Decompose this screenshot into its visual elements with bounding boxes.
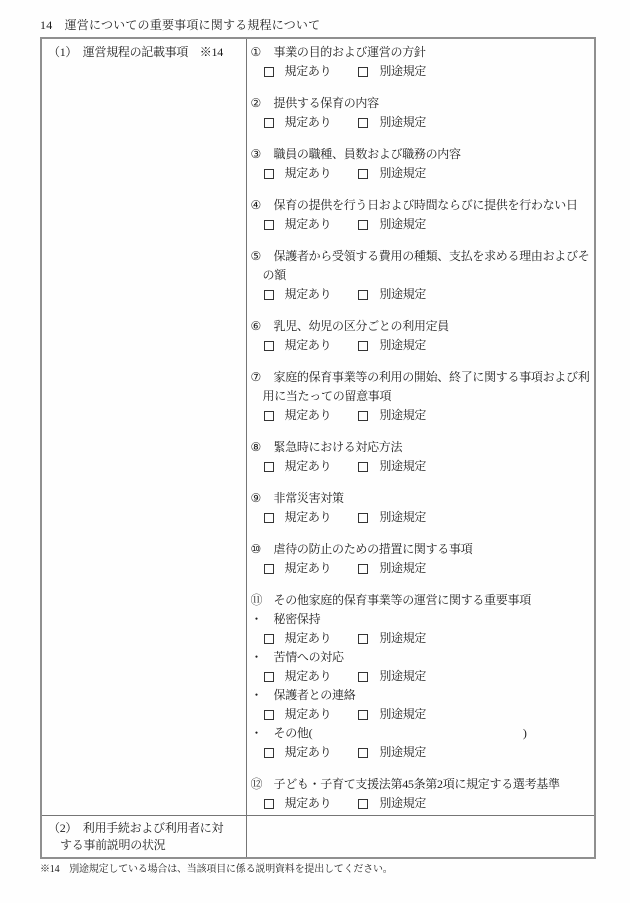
row-items-cell: ①事業の目的および運営の方針規定あり別途規定②提供する保育の内容規定あり別途規定… bbox=[246, 38, 595, 816]
checkbox-label-kitei-ari: 規定あり bbox=[285, 336, 332, 355]
item-label-continuation: の額 bbox=[251, 266, 593, 285]
item-label-line: ②提供する保育の内容 bbox=[251, 94, 593, 113]
checkbox-kitei-ari[interactable] bbox=[264, 290, 274, 300]
item-label: 職員の職種、員数および職務の内容 bbox=[274, 147, 461, 161]
checkbox-label-betto-kitei: 別途規定 bbox=[379, 559, 426, 578]
checkbox-row: 規定あり別途規定 bbox=[251, 559, 593, 578]
checkbox-betto-kitei[interactable] bbox=[358, 634, 368, 644]
checkbox-kitei-ari[interactable] bbox=[264, 169, 274, 179]
item-label: 苦情への対応 bbox=[274, 650, 344, 664]
checkbox-row: 規定あり別途規定 bbox=[251, 457, 593, 476]
checklist-item: ④保育の提供を行う日および時間ならびに提供を行わない日規定あり別途規定 bbox=[251, 196, 593, 234]
checklist-item: ⑨非常災害対策規定あり別途規定 bbox=[251, 489, 593, 527]
checkbox-kitei-ari[interactable] bbox=[264, 710, 274, 720]
checkbox-row: 規定あり別途規定 bbox=[251, 113, 593, 132]
checklist-item: ⑩虐待の防止のための措置に関する事項規定あり別途規定 bbox=[251, 540, 593, 578]
item-label: 家庭的保育事業等の利用の開始、終了に関する事項および利 bbox=[274, 370, 590, 384]
checkbox-label-betto-kitei: 別途規定 bbox=[379, 285, 426, 304]
checkbox-kitei-ari[interactable] bbox=[264, 513, 274, 523]
item-label-line: ⑧緊急時における対応方法 bbox=[251, 438, 593, 457]
bullet-icon: ・ bbox=[251, 724, 274, 743]
checkbox-label-kitei-ari: 規定あり bbox=[285, 508, 332, 527]
item-label-line: ④保育の提供を行う日および時間ならびに提供を行わない日 bbox=[251, 196, 593, 215]
checkbox-row: 規定あり別途規定 bbox=[251, 794, 593, 813]
checkbox-betto-kitei[interactable] bbox=[358, 462, 368, 472]
sub-item: ・秘密保持規定あり別途規定 bbox=[251, 610, 593, 648]
checkbox-label-kitei-ari: 規定あり bbox=[285, 285, 332, 304]
circled-number-icon: ⑥ bbox=[251, 317, 274, 336]
item-label-continuation: 用に当たっての留意事項 bbox=[251, 387, 593, 406]
item-label-line: ・苦情への対応 bbox=[251, 648, 593, 667]
item-label: 秘密保持 bbox=[274, 612, 321, 626]
checklist-item: ①事業の目的および運営の方針規定あり別途規定 bbox=[251, 43, 593, 81]
checkbox-betto-kitei[interactable] bbox=[358, 290, 368, 300]
circled-number-icon: ⑦ bbox=[251, 368, 274, 387]
item-label-line: ⑨非常災害対策 bbox=[251, 489, 593, 508]
checkbox-betto-kitei[interactable] bbox=[358, 672, 368, 682]
item-label: 保護者から受領する費用の種類、支払を求める理由およびそ bbox=[274, 249, 590, 263]
circled-number-icon: ⑨ bbox=[251, 489, 274, 508]
circled-number-icon: ⑩ bbox=[251, 540, 274, 559]
regulations-table: （1） 運営規程の記載事項 ※14①事業の目的および運営の方針規定あり別途規定②… bbox=[40, 37, 596, 859]
item-label: 虐待の防止のための措置に関する事項 bbox=[274, 542, 473, 556]
checkbox-label-kitei-ari: 規定あり bbox=[285, 457, 332, 476]
item-label-line: ①事業の目的および運営の方針 bbox=[251, 43, 593, 62]
item-label-line: ⑥乳児、幼児の区分ごとの利用定員 bbox=[251, 317, 593, 336]
checklist-item: ⑫子ども・子育て支援法第45条第2項に規定する選考基準規定あり別途規定 bbox=[251, 775, 593, 813]
item-label: 提供する保育の内容 bbox=[274, 96, 379, 110]
sub-item: ・その他( )規定あり別途規定 bbox=[251, 724, 593, 762]
checkbox-label-kitei-ari: 規定あり bbox=[285, 743, 332, 762]
checkbox-kitei-ari[interactable] bbox=[264, 118, 274, 128]
row-items-cell bbox=[246, 816, 595, 859]
checkbox-label-betto-kitei: 別途規定 bbox=[379, 164, 426, 183]
circled-number-icon: ⑪ bbox=[251, 591, 274, 610]
item-label-line: ・秘密保持 bbox=[251, 610, 593, 629]
sub-item: ・苦情への対応規定あり別途規定 bbox=[251, 648, 593, 686]
checkbox-row: 規定あり別途規定 bbox=[251, 62, 593, 81]
item-label-line: ⑫子ども・子育て支援法第45条第2項に規定する選考基準 bbox=[251, 775, 593, 794]
checkbox-row: 規定あり別途規定 bbox=[251, 629, 593, 648]
circled-number-icon: ⑤ bbox=[251, 247, 274, 266]
checkbox-label-betto-kitei: 別途規定 bbox=[379, 336, 426, 355]
bullet-icon: ・ bbox=[251, 610, 274, 629]
checkbox-betto-kitei[interactable] bbox=[358, 220, 368, 230]
checkbox-row: 規定あり別途規定 bbox=[251, 743, 593, 762]
checkbox-label-kitei-ari: 規定あり bbox=[285, 629, 332, 648]
item-label: 事業の目的および運営の方針 bbox=[274, 45, 426, 59]
item-label-line: ⑪その他家庭的保育事業等の運営に関する重要事項 bbox=[251, 591, 593, 610]
checklist-item: ⑥乳児、幼児の区分ごとの利用定員規定あり別途規定 bbox=[251, 317, 593, 355]
item-label: その他( ) bbox=[274, 726, 527, 740]
checklist-item: ⑪その他家庭的保育事業等の運営に関する重要事項・秘密保持規定あり別途規定・苦情へ… bbox=[251, 591, 593, 762]
checkbox-label-betto-kitei: 別途規定 bbox=[379, 62, 426, 81]
checkbox-kitei-ari[interactable] bbox=[264, 634, 274, 644]
row-label-cell: （1） 運営規程の記載事項 ※14 bbox=[41, 38, 246, 816]
checkbox-betto-kitei[interactable] bbox=[358, 411, 368, 421]
checkbox-row: 規定あり別途規定 bbox=[251, 336, 593, 355]
checkbox-label-betto-kitei: 別途規定 bbox=[379, 667, 426, 686]
item-label-line: ⑤保護者から受領する費用の種類、支払を求める理由およびそ bbox=[251, 247, 593, 266]
checkbox-row: 規定あり別途規定 bbox=[251, 406, 593, 425]
checkbox-row: 規定あり別途規定 bbox=[251, 164, 593, 183]
checkbox-row: 規定あり別途規定 bbox=[251, 705, 593, 724]
checkbox-kitei-ari[interactable] bbox=[264, 672, 274, 682]
document-page: 14 運営についての重要事項に関する規程について （1） 運営規程の記載事項 ※… bbox=[0, 0, 630, 903]
checkbox-label-betto-kitei: 別途規定 bbox=[379, 794, 426, 813]
checklist-item: ③職員の職種、員数および職務の内容規定あり別途規定 bbox=[251, 145, 593, 183]
item-label: 保護者との連絡 bbox=[274, 688, 356, 702]
item-label: 乳児、幼児の区分ごとの利用定員 bbox=[274, 319, 450, 333]
checkbox-label-betto-kitei: 別途規定 bbox=[379, 629, 426, 648]
bullet-icon: ・ bbox=[251, 686, 274, 705]
checkbox-kitei-ari[interactable] bbox=[264, 411, 274, 421]
checkbox-label-kitei-ari: 規定あり bbox=[285, 164, 332, 183]
checklist-item: ⑦家庭的保育事業等の利用の開始、終了に関する事項および利用に当たっての留意事項規… bbox=[251, 368, 593, 425]
checkbox-row: 規定あり別途規定 bbox=[251, 508, 593, 527]
sub-item: ・保護者との連絡規定あり別途規定 bbox=[251, 686, 593, 724]
page-title: 14 運営についての重要事項に関する規程について bbox=[40, 17, 594, 33]
item-label-line: ③職員の職種、員数および職務の内容 bbox=[251, 145, 593, 164]
checkbox-betto-kitei[interactable] bbox=[358, 169, 368, 179]
row-label: （1） 運営規程の記載事項 ※14 bbox=[48, 43, 242, 62]
table-row: （2） 利用手続および利用者に対する事前説明の状況 bbox=[41, 816, 595, 859]
item-label-line: ⑩虐待の防止のための措置に関する事項 bbox=[251, 540, 593, 559]
footnote: ※14 別途規定している場合は、当該項目に係る説明資料を提出してください。 bbox=[40, 863, 594, 876]
checkbox-kitei-ari[interactable] bbox=[264, 67, 274, 77]
checkbox-label-kitei-ari: 規定あり bbox=[285, 559, 332, 578]
checkbox-betto-kitei[interactable] bbox=[358, 748, 368, 758]
checkbox-betto-kitei[interactable] bbox=[358, 710, 368, 720]
checkbox-label-kitei-ari: 規定あり bbox=[285, 62, 332, 81]
checkbox-betto-kitei[interactable] bbox=[358, 67, 368, 77]
checkbox-kitei-ari[interactable] bbox=[264, 799, 274, 809]
row-label: する事前説明の状況 bbox=[48, 837, 242, 854]
checkbox-row: 規定あり別途規定 bbox=[251, 667, 593, 686]
item-label: 子ども・子育て支援法第45条第2項に規定する選考基準 bbox=[274, 777, 560, 791]
checkbox-label-betto-kitei: 別途規定 bbox=[379, 508, 426, 527]
circled-number-icon: ④ bbox=[251, 196, 274, 215]
checkbox-row: 規定あり別途規定 bbox=[251, 285, 593, 304]
checkbox-label-kitei-ari: 規定あり bbox=[285, 705, 332, 724]
item-label-line: ・保護者との連絡 bbox=[251, 686, 593, 705]
checkbox-betto-kitei[interactable] bbox=[358, 118, 368, 128]
checkbox-betto-kitei[interactable] bbox=[358, 799, 368, 809]
checkbox-label-kitei-ari: 規定あり bbox=[285, 794, 332, 813]
item-label: その他家庭的保育事業等の運営に関する重要事項 bbox=[274, 593, 531, 607]
item-label: 保育の提供を行う日および時間ならびに提供を行わない日 bbox=[274, 198, 578, 212]
checkbox-label-betto-kitei: 別途規定 bbox=[379, 705, 426, 724]
checklist-item: ⑤保護者から受領する費用の種類、支払を求める理由およびその額規定あり別途規定 bbox=[251, 247, 593, 304]
circled-number-icon: ⑫ bbox=[251, 775, 274, 794]
item-label-line: ⑦家庭的保育事業等の利用の開始、終了に関する事項および利 bbox=[251, 368, 593, 387]
circled-number-icon: ② bbox=[251, 94, 274, 113]
circled-number-icon: ③ bbox=[251, 145, 274, 164]
checkbox-label-kitei-ari: 規定あり bbox=[285, 667, 332, 686]
checkbox-label-betto-kitei: 別途規定 bbox=[379, 215, 426, 234]
checkbox-kitei-ari[interactable] bbox=[264, 341, 274, 351]
checkbox-label-kitei-ari: 規定あり bbox=[285, 113, 332, 132]
checkbox-label-betto-kitei: 別途規定 bbox=[379, 113, 426, 132]
checkbox-label-kitei-ari: 規定あり bbox=[285, 215, 332, 234]
checklist-item: ②提供する保育の内容規定あり別途規定 bbox=[251, 94, 593, 132]
checklist-item: ⑧緊急時における対応方法規定あり別途規定 bbox=[251, 438, 593, 476]
bullet-icon: ・ bbox=[251, 648, 274, 667]
checkbox-label-kitei-ari: 規定あり bbox=[285, 406, 332, 425]
checkbox-kitei-ari[interactable] bbox=[264, 462, 274, 472]
circled-number-icon: ⑧ bbox=[251, 438, 274, 457]
table-row: （1） 運営規程の記載事項 ※14①事業の目的および運営の方針規定あり別途規定②… bbox=[41, 38, 595, 816]
checkbox-kitei-ari[interactable] bbox=[264, 748, 274, 758]
checkbox-kitei-ari[interactable] bbox=[264, 220, 274, 230]
checkbox-betto-kitei[interactable] bbox=[358, 513, 368, 523]
circled-number-icon: ① bbox=[251, 43, 274, 62]
checkbox-row: 規定あり別途規定 bbox=[251, 215, 593, 234]
checkbox-betto-kitei[interactable] bbox=[358, 564, 368, 574]
row-label-cell: （2） 利用手続および利用者に対する事前説明の状況 bbox=[41, 816, 246, 859]
checkbox-betto-kitei[interactable] bbox=[358, 341, 368, 351]
checkbox-label-betto-kitei: 別途規定 bbox=[379, 457, 426, 476]
row-label: （2） 利用手続および利用者に対 bbox=[48, 820, 242, 837]
checkbox-label-betto-kitei: 別途規定 bbox=[379, 743, 426, 762]
item-label: 非常災害対策 bbox=[274, 491, 344, 505]
item-label: 緊急時における対応方法 bbox=[274, 440, 403, 454]
checkbox-kitei-ari[interactable] bbox=[264, 564, 274, 574]
item-label-line: ・その他( ) bbox=[251, 724, 593, 743]
checkbox-label-betto-kitei: 別途規定 bbox=[379, 406, 426, 425]
